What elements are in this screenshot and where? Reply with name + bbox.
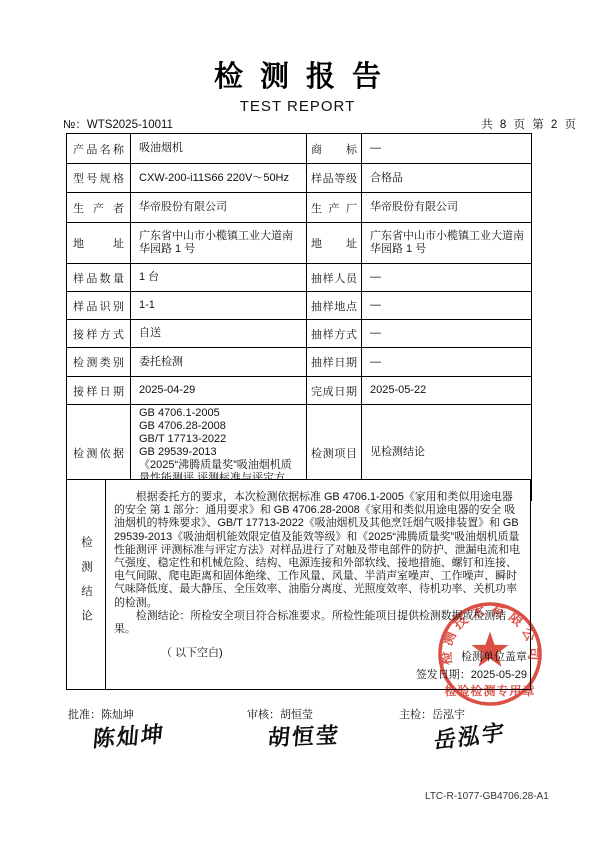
test-report-page: { "header": { "title": "检测报告", "subtitle…	[0, 0, 595, 841]
row-value: —	[362, 348, 532, 377]
row-label: 样品数量	[73, 270, 124, 286]
row-value: 2025-05-22	[362, 377, 532, 405]
conclusion-label-cell: 检测结论	[67, 480, 106, 689]
row-label: 产品名称	[73, 141, 124, 157]
seal-caption: 检测单位盖章	[416, 649, 527, 667]
row-value: —	[362, 264, 532, 292]
report-title: 检测报告	[214, 54, 398, 95]
row-value: —	[362, 320, 532, 348]
row-label: 地址	[73, 235, 124, 251]
row-value: —	[362, 292, 532, 320]
report-subtitle: TEST REPORT	[240, 98, 355, 115]
row-label: 接样方式	[73, 326, 124, 342]
basis-item: GB 4706.28-2008	[139, 420, 300, 433]
table-row: 地址 广东省中山市小榄镇工业大道南华园路 1 号 地址 广东省中山市小榄镇工业大…	[67, 223, 532, 264]
row-value: 华帝股份有限公司	[131, 193, 307, 223]
row-value: 广东省中山市小榄镇工业大道南华园路 1 号	[362, 223, 532, 264]
row-value: 2025-04-29	[131, 377, 307, 405]
table-row: 接样日期 2025-04-29 完成日期 2025-05-22	[67, 377, 532, 405]
report-subtitle-row: TEST REPORT	[0, 98, 595, 116]
row-label: 地址	[311, 235, 357, 251]
page-info: 共 8 页 第 2 页	[481, 116, 578, 132]
row-value: 华帝股份有限公司	[362, 193, 532, 223]
row-label: 抽样日期	[311, 354, 357, 370]
table-row: 检测类别 委托检测 抽样日期 —	[67, 348, 532, 377]
issue-date: 签发日期：2025-05-29	[416, 667, 527, 685]
table-row: 样品识别 1-1 抽样地点 —	[67, 292, 532, 320]
chief-tester-line: 主检：岳泓宇	[399, 706, 465, 722]
table-row: 生产者 华帝股份有限公司 生产厂 华帝股份有限公司	[67, 193, 532, 223]
table-row: 样品数量 1 台 抽样人员 —	[67, 264, 532, 292]
row-label: 完成日期	[311, 383, 357, 399]
row-value: 自送	[131, 320, 307, 348]
approver-signature: 陈灿坤	[92, 717, 167, 753]
row-label: 生产厂	[311, 200, 357, 216]
report-title-row: 检测报告	[0, 54, 595, 95]
row-label: 样品等级	[311, 170, 357, 186]
issue-block: 检测单位盖章 签发日期：2025-05-29	[416, 649, 527, 684]
row-label: 检测类别	[73, 354, 124, 370]
row-value: CXW-200-i11S66 220V～50Hz	[131, 164, 307, 193]
basis-item: GB/T 17713-2022	[139, 433, 300, 446]
conclusion-paragraph-2: 检测结论：所检安全项目符合标准要求。所检性能项目提供检测数据或检测结果。	[114, 610, 522, 636]
row-value: 吸油烟机	[131, 134, 307, 164]
row-value: 1-1	[131, 292, 307, 320]
row-value: 广东省中山市小榄镇工业大道南华园路 1 号	[131, 223, 307, 264]
sample-info-table: 产品名称 吸油烟机 商标 — 型号规格 CXW-200-i11S66 220V～…	[66, 133, 532, 501]
row-label: 商标	[311, 141, 357, 157]
conclusion-label: 检测结论	[78, 536, 94, 634]
row-label: 生产者	[73, 200, 124, 216]
row-value: 委托检测	[131, 348, 307, 377]
row-value: 合格品	[362, 164, 532, 193]
row-label: 抽样人员	[311, 270, 357, 286]
row-value: 1 台	[131, 264, 307, 292]
basis-item: GB 29539-2013	[139, 446, 300, 459]
row-label: 接样日期	[73, 383, 124, 399]
conclusion-paragraph-1: 根据委托方的要求，本次检测依据标准 GB 4706.1-2005《家用和类似用途…	[114, 491, 522, 610]
row-label: 样品识别	[73, 298, 124, 314]
row-label: 检测项目	[311, 445, 357, 461]
report-number: №：WTS2025-10011	[63, 116, 173, 132]
row-label: 抽样方式	[311, 326, 357, 342]
reviewer-signature: 胡恒莹	[267, 719, 342, 753]
table-row: 产品名称 吸油烟机 商标 —	[67, 134, 532, 164]
table-row: 型号规格 CXW-200-i11S66 220V～50Hz 样品等级 合格品	[67, 164, 532, 193]
row-label: 型号规格	[73, 170, 124, 186]
row-label: 抽样地点	[311, 298, 357, 314]
row-value: —	[362, 134, 532, 164]
basis-item: GB 4706.1-2005	[139, 407, 300, 420]
row-label: 检测依据	[73, 445, 124, 461]
table-row: 接样方式 自送 抽样方式 —	[67, 320, 532, 348]
document-code: LTC-R-1077-GB4706.28-A1	[425, 791, 549, 802]
